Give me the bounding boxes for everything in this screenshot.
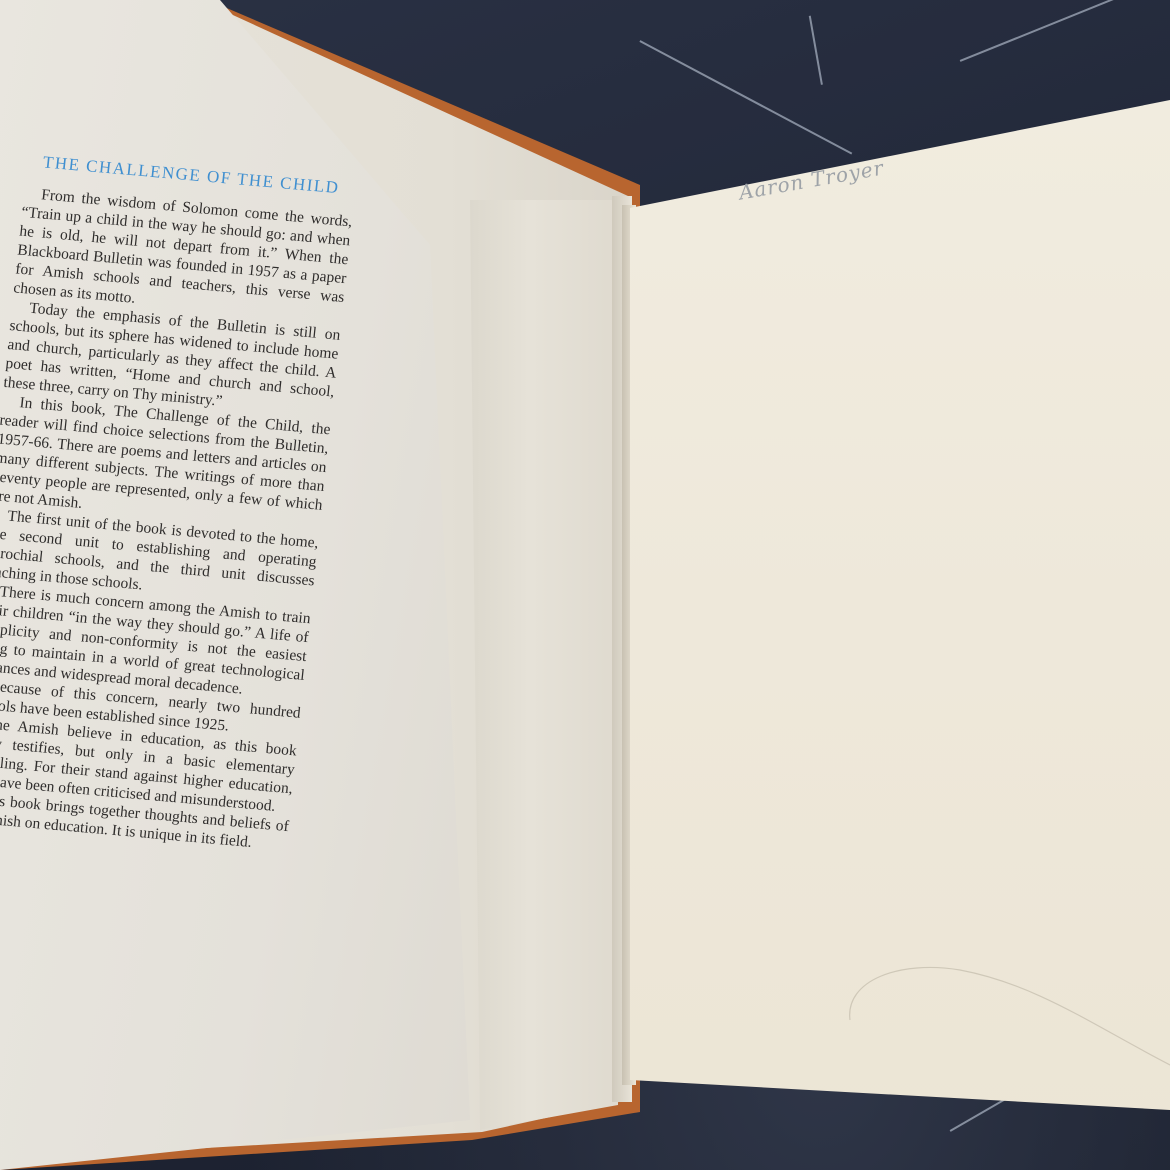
scratch-mark bbox=[809, 16, 823, 85]
stray-hair bbox=[840, 960, 1170, 1080]
flap-blurb: THE CHALLENGE OF THE CHILD From the wisd… bbox=[0, 150, 357, 855]
scratch-mark bbox=[640, 40, 853, 154]
left-page-fold bbox=[470, 200, 618, 1130]
scratch-mark bbox=[960, 0, 1146, 61]
